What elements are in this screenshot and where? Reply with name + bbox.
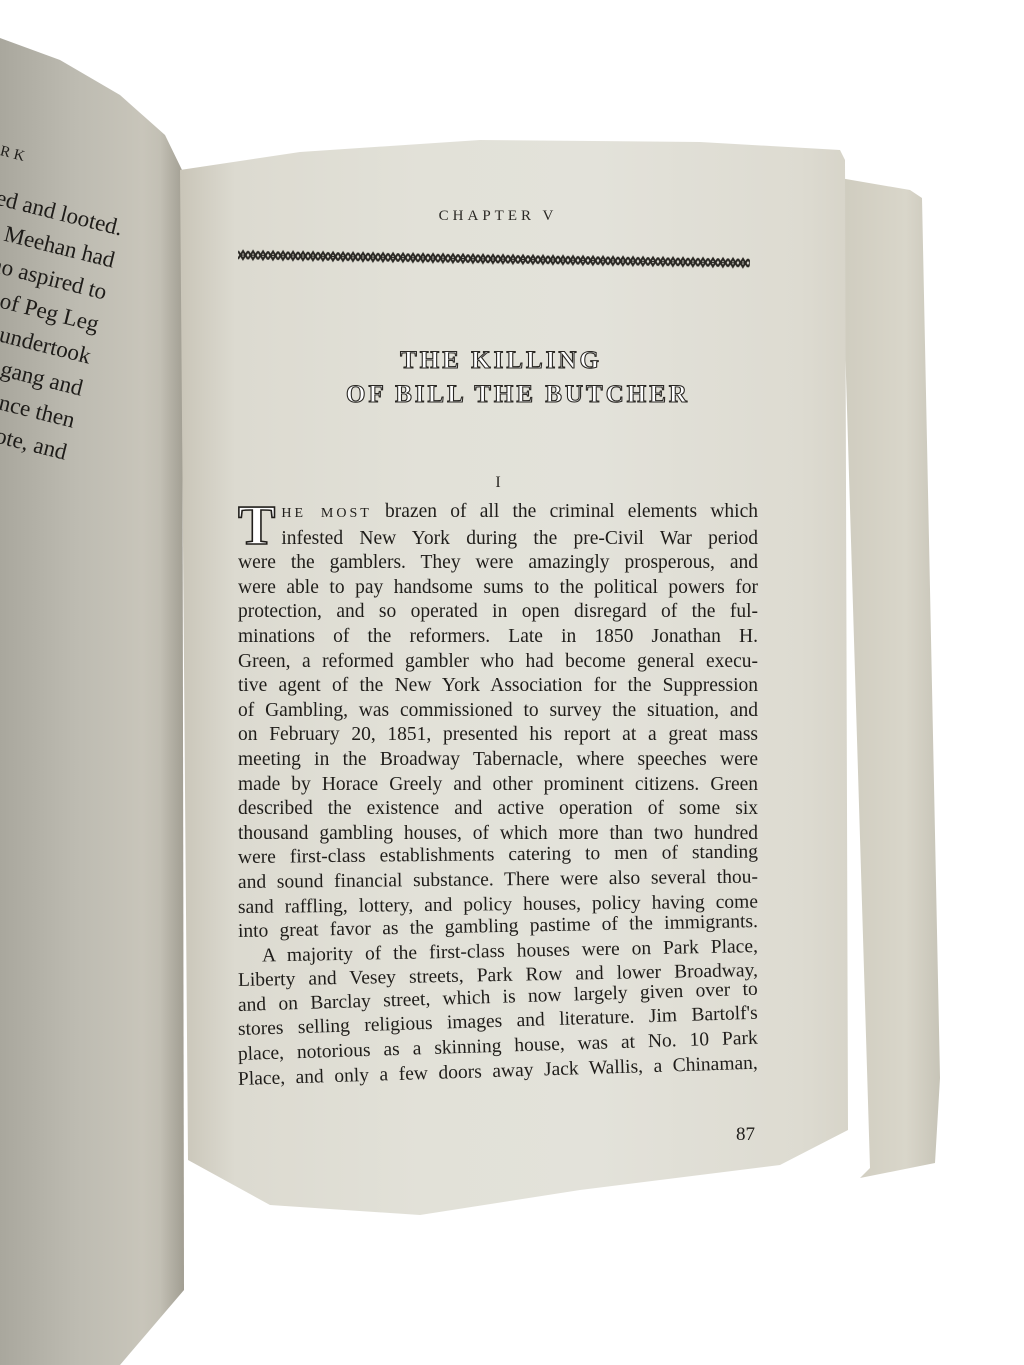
body-line: made by Horace Greely and other prominen…	[238, 773, 758, 798]
body-line: described the existence and active opera…	[238, 797, 758, 822]
drop-cap: T	[238, 504, 275, 548]
chapter-title-line-1: THE KILLING	[238, 344, 758, 378]
chapter-label: CHAPTER V	[238, 208, 758, 225]
page-number: 87	[736, 1124, 755, 1146]
chapter-title-line-2: OF BILL THE BUTCHER	[238, 378, 758, 412]
body-line-1: HE MOST brazen of all the criminal eleme…	[238, 500, 758, 527]
page-block-edge	[840, 178, 950, 1178]
body-line: of Gambling, was commissioned to survey …	[238, 699, 758, 724]
body-line: tive agent of the New York Association f…	[238, 674, 758, 699]
body-line: minations of the reformers. Late in 1850…	[238, 625, 758, 650]
body-line: protection, and so operated in open disr…	[238, 600, 758, 625]
left-page: ORK cked and looted. er Meehan had who a…	[0, 0, 190, 1365]
body-line: were the gamblers. They were amazingly p…	[238, 551, 758, 576]
body-line: infested New York during the pre-Civil W…	[238, 527, 758, 552]
left-page-text: ORK cked and looted. er Meehan had who a…	[0, 130, 137, 469]
body-line: were able to pay handsome sums to the po…	[238, 576, 758, 601]
opening-smallcaps: HE MOST	[281, 506, 371, 521]
chapter-title: THE KILLING OF BILL THE BUTCHER	[238, 344, 758, 412]
body-line: on February 20, 1851, presented his repo…	[238, 723, 758, 748]
body-line: meeting in the Broadway Tabernacle, wher…	[238, 748, 758, 773]
section-number: I	[238, 474, 758, 492]
body-text: T HE MOST brazen of all the criminal ele…	[238, 500, 758, 1092]
body-line: Green, a reformed gambler who had become…	[238, 650, 758, 675]
body-line-text: brazen of all the criminal elements whic…	[372, 501, 758, 522]
